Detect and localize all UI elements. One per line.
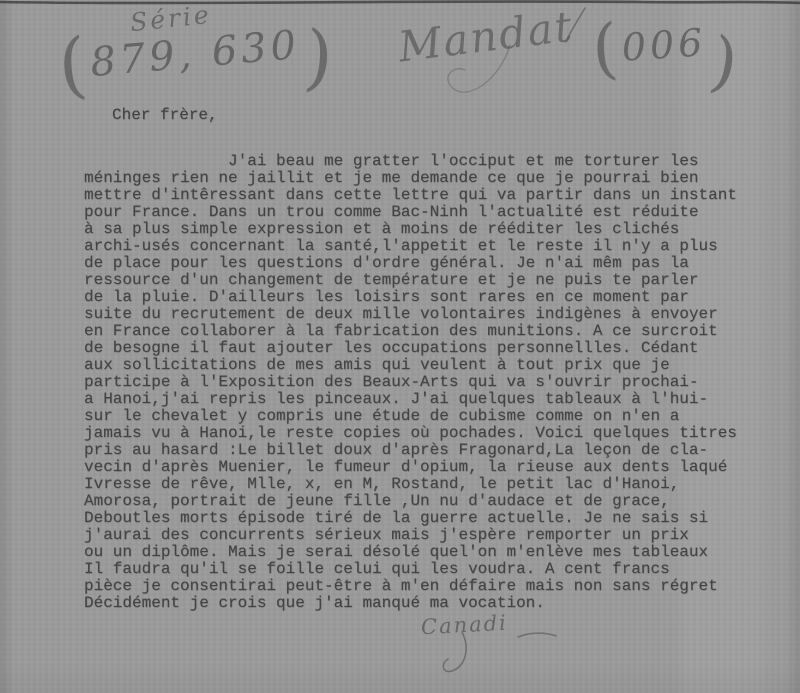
salutation: Cher frère, — [112, 106, 218, 124]
photo-top-edge-line — [0, 2, 800, 3]
annotation-mandat-number: ( 006 ) — [590, 7, 738, 83]
annotation-archive-number: ( 879, 630 ) — [55, 6, 335, 102]
signature-annotation: Canadi — [420, 611, 508, 640]
annotation-mandat: Mandat — [396, 1, 577, 71]
letter-photograph: Série ( 879, 630 ) Mandat ( 006 ) Cher f… — [0, 0, 800, 693]
paren-open: ( — [590, 15, 620, 83]
paren-close: ) — [706, 28, 743, 97]
paren-open: ( — [55, 28, 89, 102]
signature-dash-stroke — [518, 633, 556, 637]
archive-number-value: 879, 630 — [85, 22, 306, 87]
mandat-number-value: 006 — [616, 20, 711, 70]
letter-body: J'ai beau me gratter l'occiput et me tor… — [84, 153, 737, 612]
paren-close: ) — [302, 20, 336, 94]
